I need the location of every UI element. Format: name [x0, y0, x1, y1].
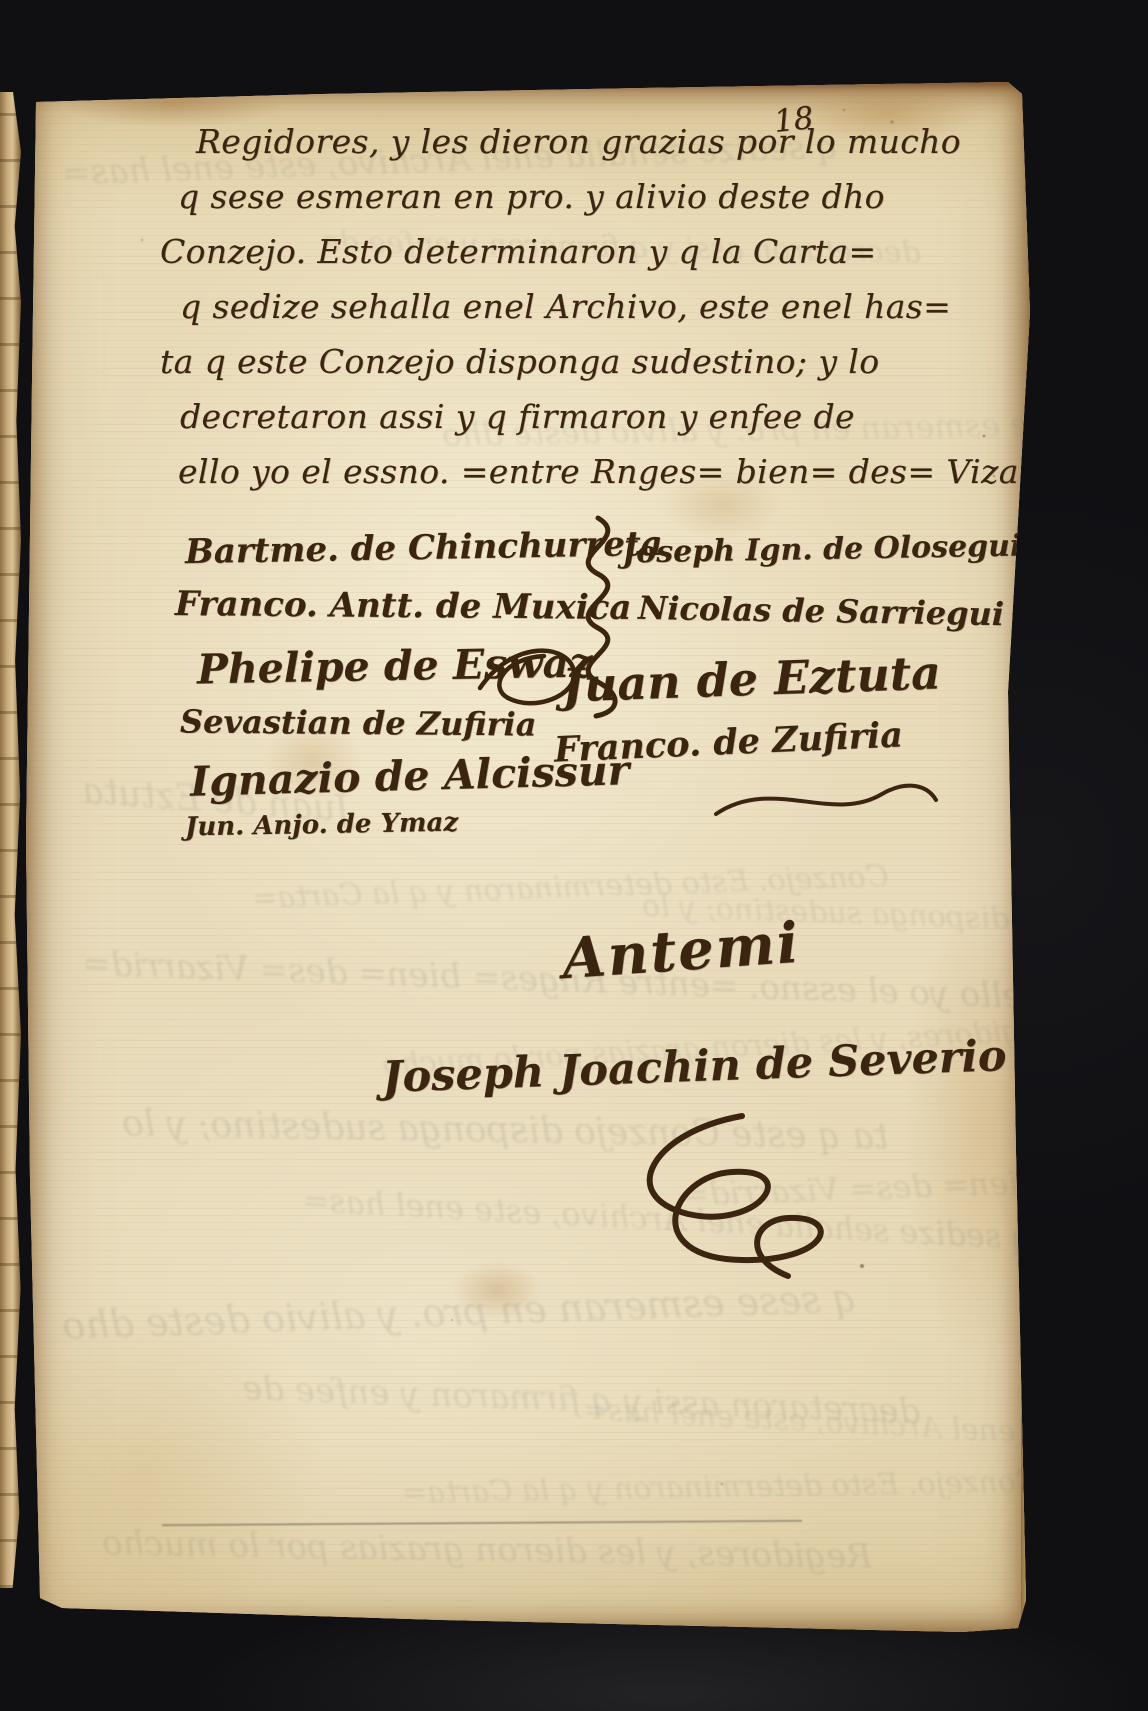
signature-sarriegui: Nicolas de Sarriegui — [638, 589, 1005, 633]
manuscript-page: q sedize sehalla enel Archivo, este enel… — [22, 80, 1032, 1636]
facing-page-edge — [0, 92, 21, 1588]
signature-phelipe: Phelipe de Eswaz — [197, 639, 593, 694]
manuscript-line: decretaron assi y q firmaron y enfee de — [180, 389, 1112, 444]
manuscript-line: Regidores, y les dieron grazias por lo m… — [196, 114, 1112, 169]
manuscript-line: ello yo el essno. =entre Rnges= bien= de… — [178, 444, 1112, 499]
page-stack-edge — [1021, 1398, 1030, 1628]
signature-chinchurreta: Bartme. de Chinchurreta — [185, 524, 663, 572]
photo-backdrop: { "page_number": "18", "colors": { "back… — [0, 0, 1148, 1711]
manuscript-line: q sedize sehalla enel Archivo, este enel… — [180, 279, 1112, 334]
signature-ymaz: Jun. Anjo. de Ymaz — [185, 808, 459, 843]
manuscript-text-block: Regidores, y les dieron grazias por lo m… — [190, 114, 1112, 499]
signature-sevastian: Sevastian de Zufiria — [180, 702, 537, 743]
manuscript-line: q sese esmeran en pro. y alivio deste dh… — [178, 169, 1112, 224]
signature-muxica: Franco. Antt. de Muxica — [175, 584, 632, 628]
manuscript-line: ta q este Conzejo disponga sudestino; y … — [160, 334, 1112, 389]
signature-olosegui: Joseph Ign. de Olosegui — [622, 529, 1022, 571]
manuscript-line: Conzejo. Esto determinaron y q la Carta= — [160, 224, 1112, 279]
